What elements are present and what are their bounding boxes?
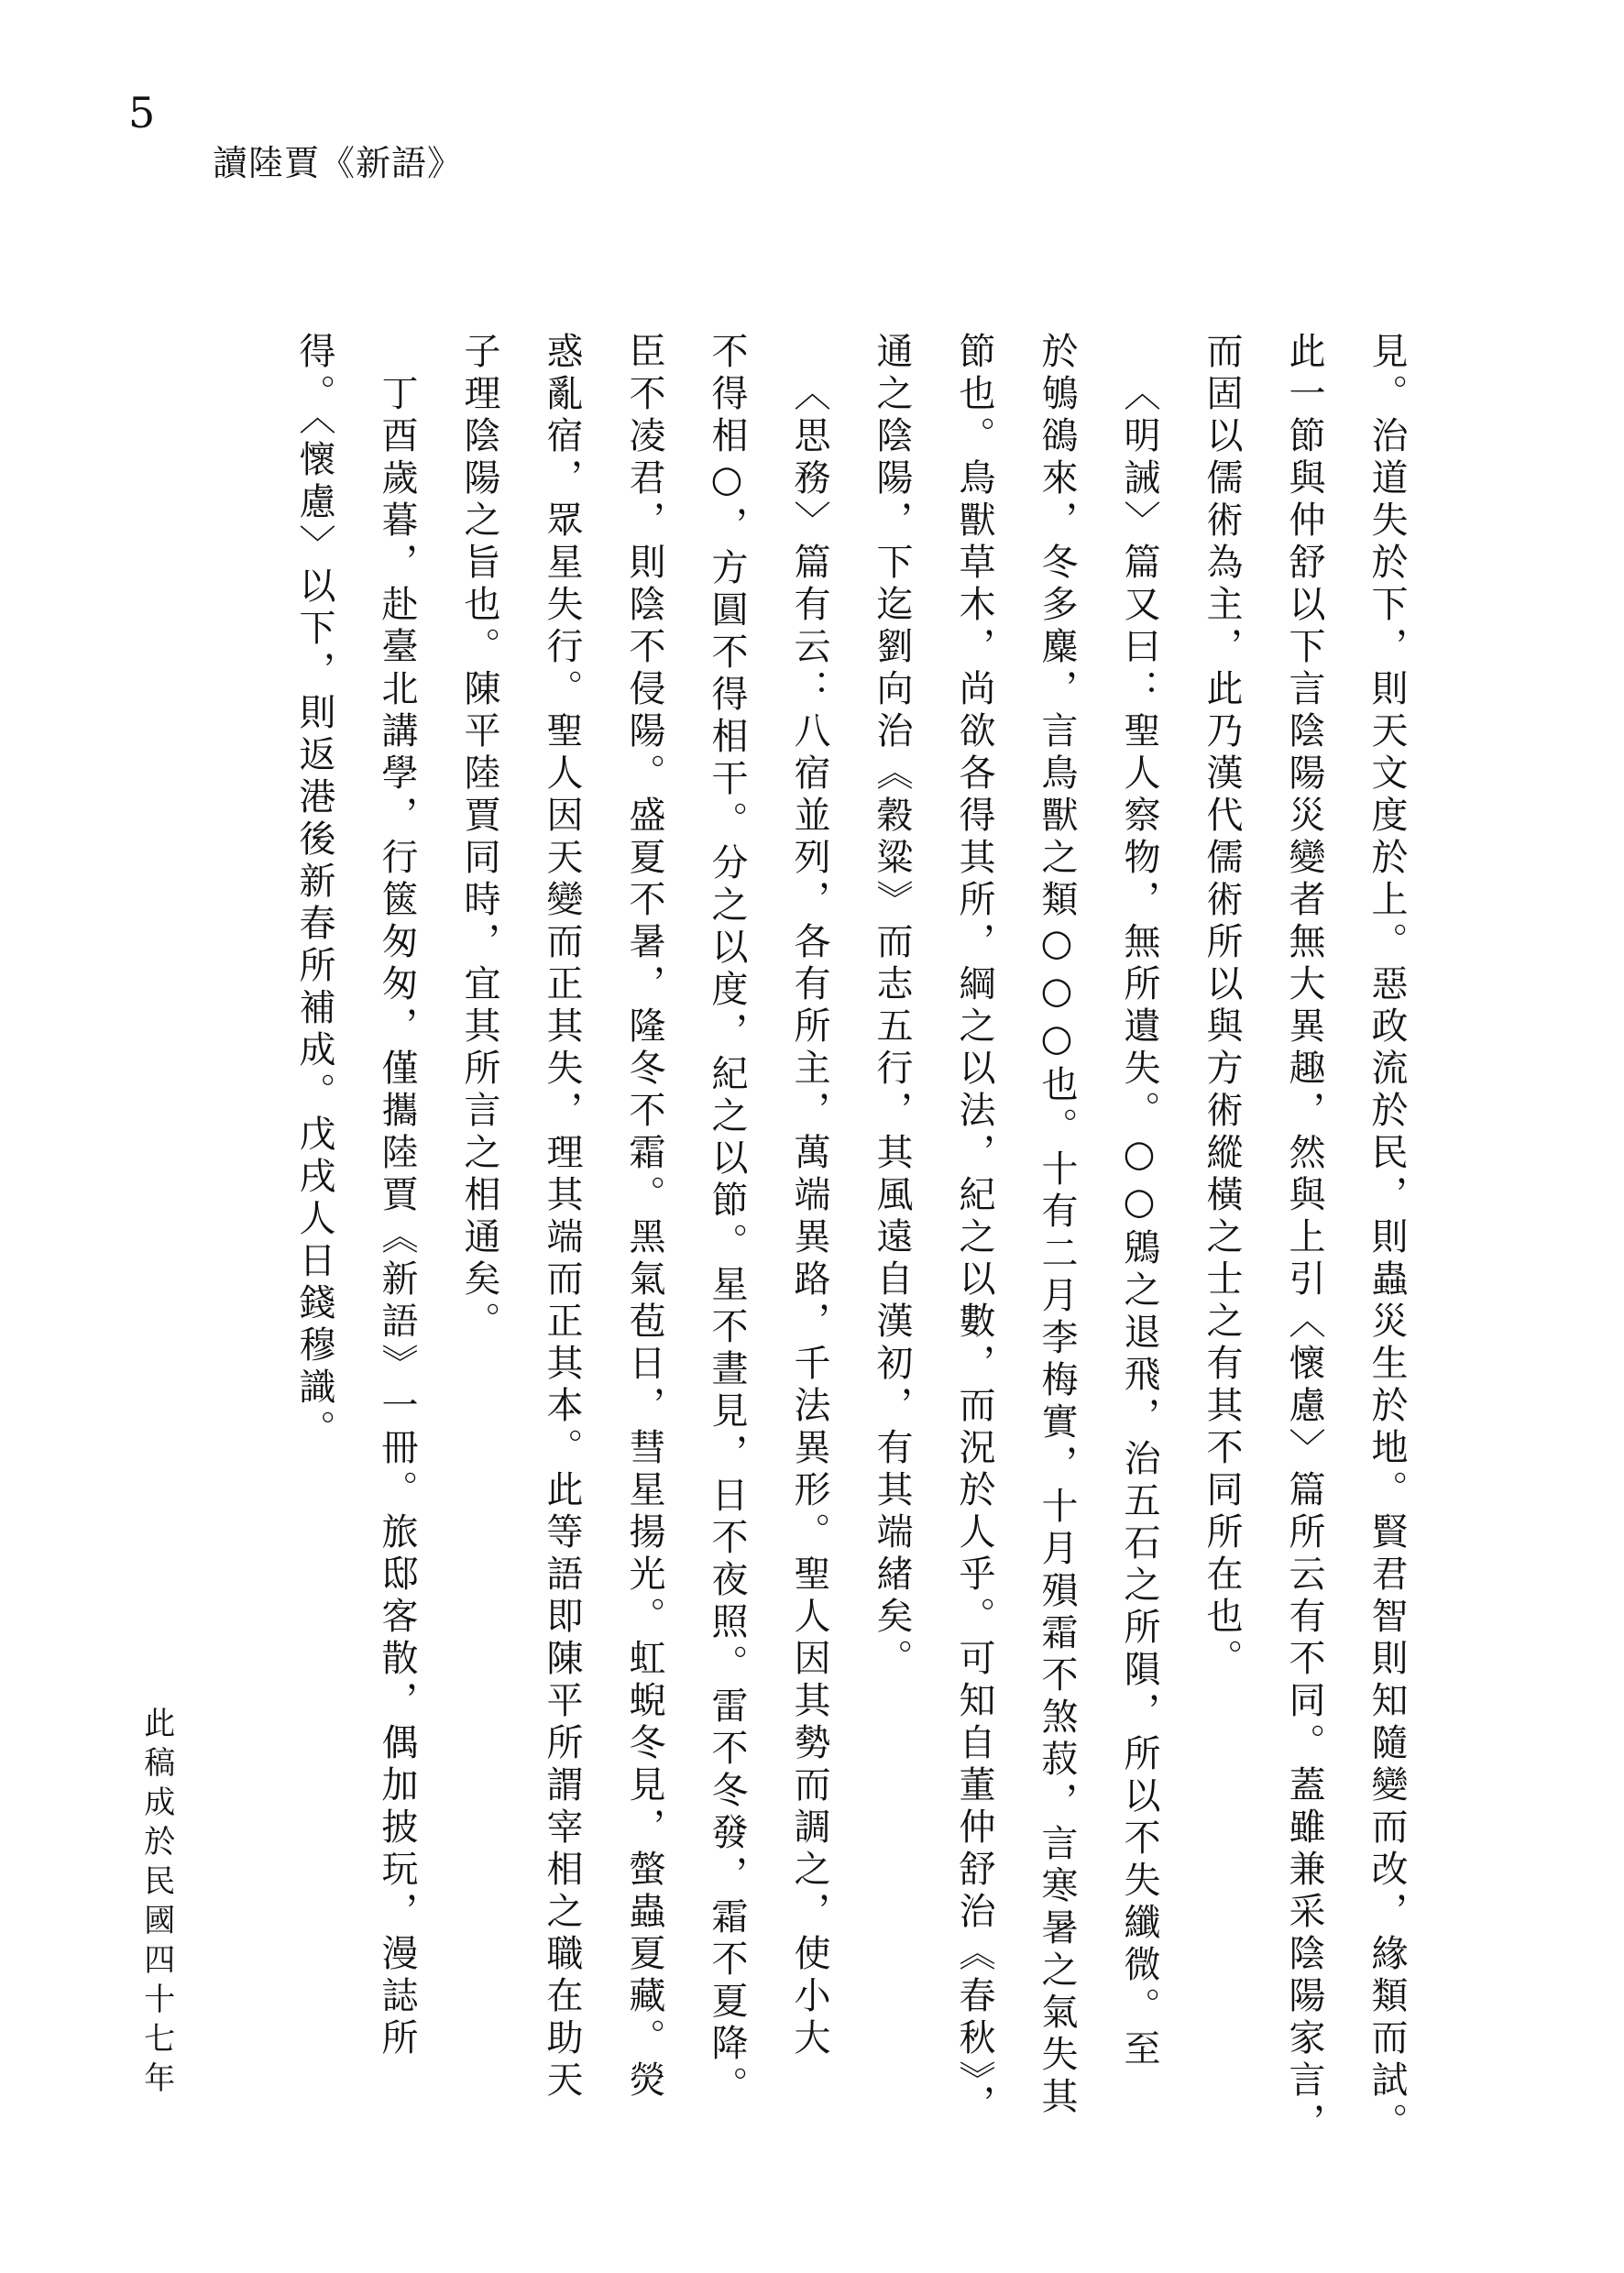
text-column: 〈思務〉篇有云：八宿並列，各有所主，萬端異路，千法異形。聖人因其勢而調之，使小大 <box>768 332 850 2156</box>
text-column: 此一節與仲舒以下言陰陽災變者無大異趣，然與上引〈懷慮〉篇所云有不同。蓋雖兼采陰陽… <box>1263 332 1345 2156</box>
main-text-block: 見。治道失於下，則天文度於上。惡政流於民，則蟲災生於地。賢君智則知隨變而改，緣類… <box>273 332 1428 2156</box>
text-column: 臣不凌君，則陰不侵陽。盛夏不暑，隆冬不霜。黑氣苞日，彗星揚光。虹蜺冬見，螫蟲夏藏… <box>603 332 686 2156</box>
text-column: 通之陰陽，下迄劉向治《穀粱》而志五行，其風遠自漢初，有其端緒矣。 <box>850 332 933 2156</box>
text-column: 於鴝鵒來，冬多麋，言鳥獸之類○○○也。十有二月李梅實，十月殞霜不煞菽，言寒暑之氣… <box>1015 332 1098 2156</box>
text-column: 惑亂宿，眾星失行。聖人因天變而正其失，理其端而正其本。此等語即陳平所謂宰相之職在… <box>521 332 603 2156</box>
page-number: 5 <box>128 92 155 134</box>
text-column: 得。〈懷慮〉以下，則返港後新春所補成。戊戌人日錢穆識。 <box>273 332 356 2156</box>
text-column: 丁酉歲暮，赴臺北講學，行篋匆匆，僅攜陸賈《新語》一冊。旅邸客散，偶加披玩，漫誌所 <box>356 332 438 2156</box>
text-column: 不得相○，方圓不得相干。分之以度，紀之以節。星不晝見，日不夜照。雷不冬發，霜不夏… <box>686 332 768 2156</box>
text-column: 子理陰陽之旨也。陳平陸賈同時，宜其所言之相通矣。 <box>438 332 521 2156</box>
side-note: 此稿成於民國四十七年 <box>137 1707 175 2101</box>
text-column: 節也。鳥獸草木，尚欲各得其所，綱之以法，紀之以數，而況於人乎。可知自董仲舒治《春… <box>933 332 1015 2156</box>
text-column: 而固以儒術為主，此乃漢代儒術所以與方術縱橫之士之有其不同所在也。 <box>1180 332 1263 2156</box>
page-title: 讀陸賈《新語》 <box>213 145 463 183</box>
text-column: 見。治道失於下，則天文度於上。惡政流於民，則蟲災生於地。賢君智則知隨變而改，緣類… <box>1345 332 1428 2156</box>
text-column: 〈明誡〉篇又曰：聖人察物，無所遺失。○○鶂之退飛，治五石之所隕，所以不失纖微。至 <box>1098 332 1180 2156</box>
